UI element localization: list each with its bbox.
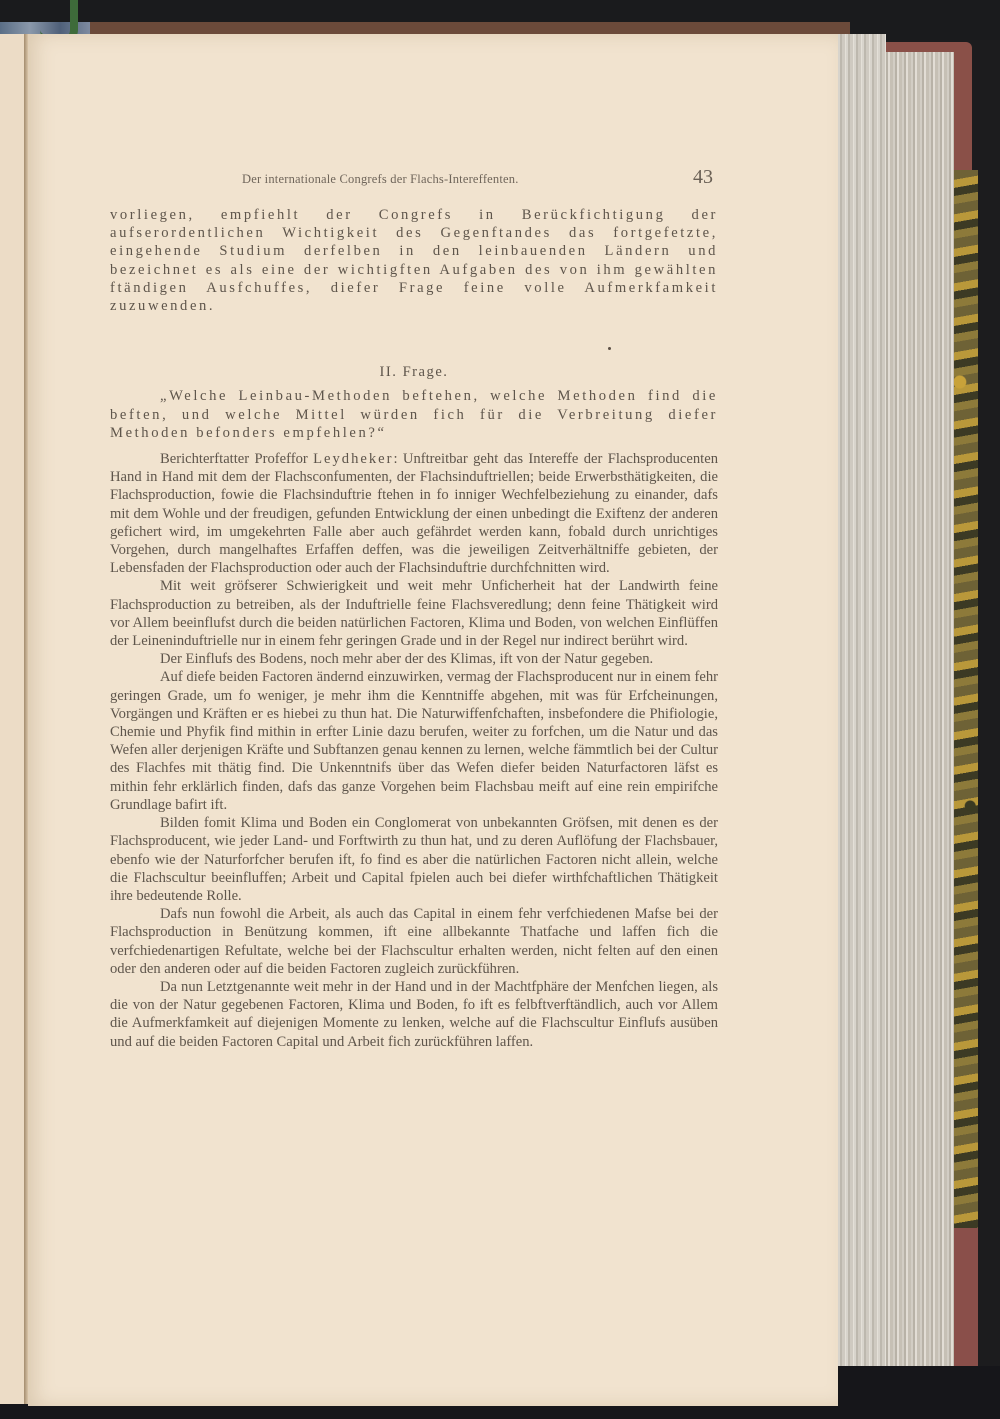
page-edges: [838, 34, 886, 1412]
speaker-prefix: Berichterftatter Profeffor: [160, 451, 313, 467]
running-head: Der internationale Congrefs der Flachs-I…: [242, 172, 642, 187]
report-paragraph: Auf diefe beiden Factoren ändernd einzuw…: [110, 668, 718, 814]
continued-paragraph: vorliegen, empfiehlt der Congrefs in Ber…: [110, 206, 718, 315]
report-paragraph: Mit weit gröfserer Schwierigkeit und wei…: [110, 577, 718, 650]
page-gutter: [24, 34, 28, 1404]
spacer: [110, 315, 718, 335]
report-paragraph: Bilden fomit Klima und Boden ein Conglom…: [110, 814, 718, 905]
section-heading: II. Frage.: [110, 363, 718, 381]
left-page: [0, 34, 27, 1404]
body-text: vorliegen, empfiehlt der Congrefs in Ber…: [110, 206, 718, 1051]
report-paragraph: Dafs nun fowohl die Arbeit, als auch das…: [110, 905, 718, 978]
report-paragraph: Da nun Letztgenannte weit mehr in der Ha…: [110, 978, 718, 1051]
spacer: [110, 442, 718, 450]
speaker-name: Leydheker: [313, 451, 393, 467]
paragraph-text: : Unftreitbar geht das Intereffe der Fla…: [110, 451, 718, 576]
report-paragraph: Der Einflufs des Bodens, noch mehr aber …: [110, 650, 718, 668]
report-paragraph: Berichterftatter Profeffor Leydheker: Un…: [110, 450, 718, 577]
book-cover-marbled: [952, 170, 978, 1230]
page-number: 43: [693, 166, 713, 189]
question-text: „Welche Leinbau-Methoden beftehen, welch…: [110, 387, 718, 442]
